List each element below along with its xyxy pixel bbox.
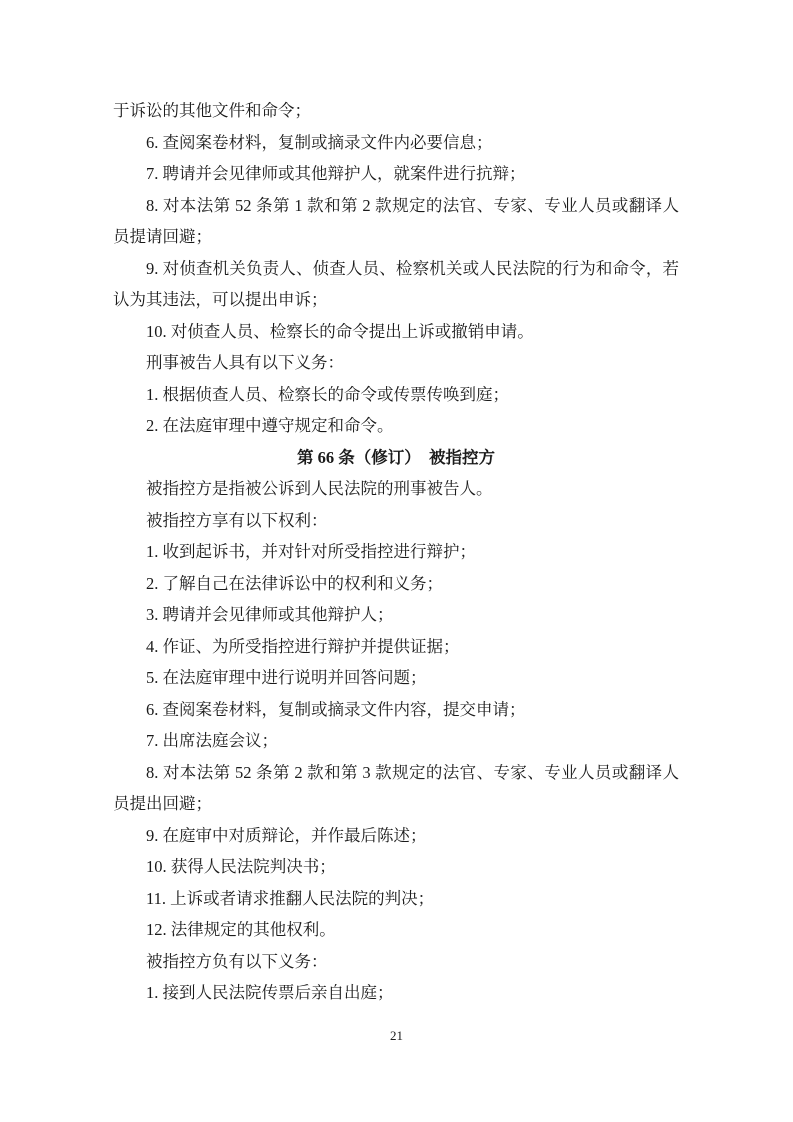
paragraph-obligations-intro: 刑事被告人具有以下义务： [113, 347, 679, 379]
list-item-9: 9. 对侦查机关负责人、侦查人员、检察机关或人民法院的行为和命令，若认为其违法，… [113, 253, 679, 316]
list-item-10: 10. 对侦查人员、检察长的命令提出上诉或撤销申请。 [113, 316, 679, 348]
rights-item-12: 12. 法律规定的其他权利。 [113, 914, 679, 946]
list-item-7: 7. 聘请并会见律师或其他辩护人，就案件进行抗辩； [113, 158, 679, 190]
paragraph-definition: 被指控方是指被公诉到人民法院的刑事被告人。 [113, 473, 679, 505]
rights-item-7: 7. 出席法庭会议； [113, 725, 679, 757]
article-heading: 第 66 条（修订） 被指控方 [113, 442, 679, 474]
paragraph-rights-intro: 被指控方享有以下权利： [113, 505, 679, 537]
rights-item-3: 3. 聘请并会见律师或其他辩护人； [113, 599, 679, 631]
page-footer: 21 [0, 1028, 793, 1044]
document-page: 于诉讼的其他文件和命令； 6. 查阅案卷材料，复制或摘录文件内必要信息； 7. … [0, 0, 793, 1122]
list-item-2: 2. 在法庭审理中遵守规定和命令。 [113, 410, 679, 442]
rights-item-8: 8. 对本法第 52 条第 2 款和第 3 款规定的法官、专家、专业人员或翻译人… [113, 757, 679, 820]
duties-item-1: 1. 接到人民法院传票后亲自出庭； [113, 977, 679, 1009]
rights-item-10: 10. 获得人民法院判决书； [113, 851, 679, 883]
rights-item-2: 2. 了解自己在法律诉讼中的权利和义务； [113, 568, 679, 600]
rights-item-5: 5. 在法庭审理中进行说明并回答问题； [113, 662, 679, 694]
rights-item-4: 4. 作证、为所受指控进行辩护并提供证据； [113, 631, 679, 663]
rights-item-9: 9. 在庭审中对质辩论，并作最后陈述； [113, 820, 679, 852]
paragraph-continuation: 于诉讼的其他文件和命令； [113, 95, 679, 127]
list-item-8: 8. 对本法第 52 条第 1 款和第 2 款规定的法官、专家、专业人员或翻译人… [113, 190, 679, 253]
page-number: 21 [390, 1028, 403, 1043]
rights-item-11: 11. 上诉或者请求推翻人民法院的判决； [113, 883, 679, 915]
rights-item-1: 1. 收到起诉书，并对针对所受指控进行辩护； [113, 536, 679, 568]
list-item-1: 1. 根据侦查人员、检察长的命令或传票传唤到庭； [113, 379, 679, 411]
paragraph-duties-intro: 被指控方负有以下义务： [113, 946, 679, 978]
rights-item-6: 6. 查阅案卷材料，复制或摘录文件内容，提交申请； [113, 694, 679, 726]
document-body: 于诉讼的其他文件和命令； 6. 查阅案卷材料，复制或摘录文件内必要信息； 7. … [113, 95, 679, 1009]
list-item-6: 6. 查阅案卷材料，复制或摘录文件内必要信息； [113, 127, 679, 159]
